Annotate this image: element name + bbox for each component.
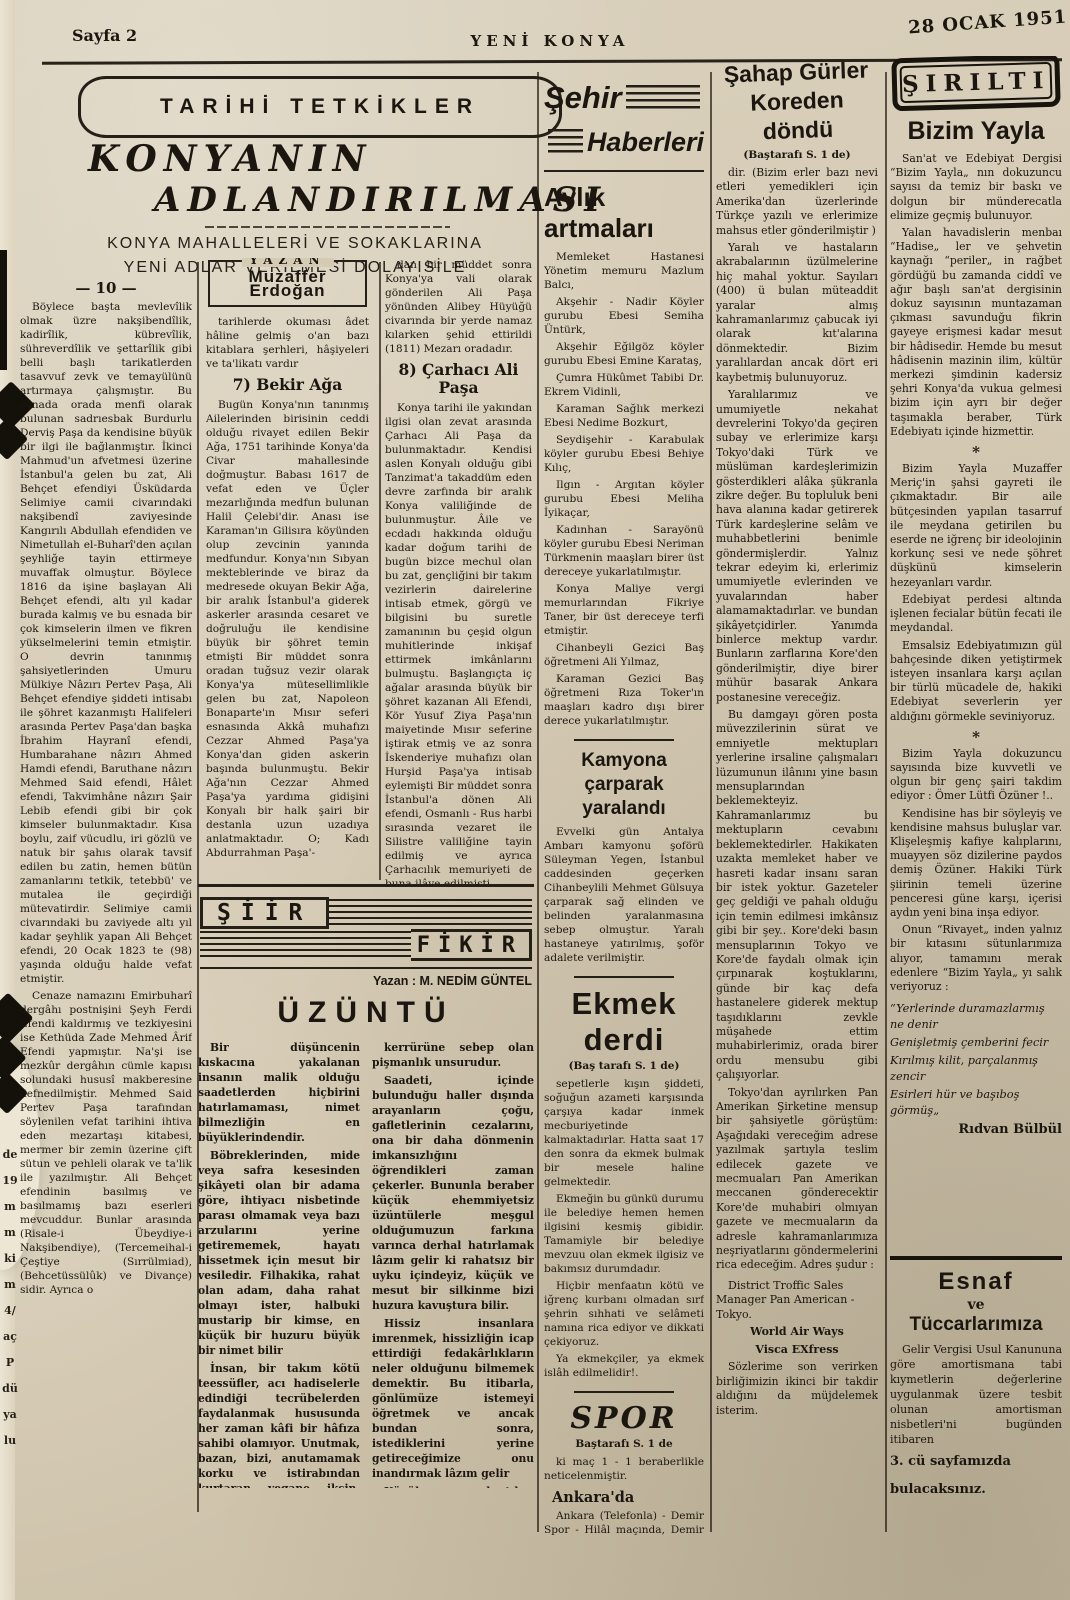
essay-columns: Bir düşüncenin kıskacına yakalanan insan… [198,1040,534,1488]
part-number: — 10 — [20,281,192,295]
paragraph: Akşehir - Nadir Köyler gurubu Ebesi Semi… [544,295,704,337]
logo-haberleri: Haberleri [587,127,704,158]
paragraph: Seydişehir - Karabulak köyler gurubu Ebe… [544,433,704,475]
banner-row-2: FİKİR [200,929,532,961]
paragraph: Konya Maliye vergi memurlarından Fikriye… [544,582,704,638]
essay-title: ÜZÜNTÜ [198,996,534,1030]
paragraph: Sözlerime son verirken birliğimizin ikin… [716,1360,878,1418]
logo-row-2: Haberleri [544,120,704,164]
star-separator: * [890,730,1062,744]
essay-column-1: Bir düşüncenin kıskacına yakalanan insan… [198,1040,360,1488]
notice-bold-line2: bulacaksınız. [890,1482,1062,1497]
issue-date: 28 OCAK 1951 [907,6,1067,38]
paragraph: Küçük sıkıntılar, hapsetmiye mecbur oldu… [372,1484,534,1488]
margin-fragment: de [2,1142,18,1168]
article-column-1-text: Böylece başta mevlevîlik olmak üzre nakş… [20,300,192,1297]
headline-spor: SPOR [544,1401,704,1436]
article-title-line2: ADLANDIRILMASI [154,180,607,220]
column-rule [537,72,539,1532]
byline-label: YAZAN [241,258,333,267]
paragraph: dan bir müddet sonra Konya'ya vali olara… [385,258,532,356]
sahap-closing: Sözlerime son verirken birliğimizin ikin… [716,1360,878,1421]
paragraph: ki maç 1 - 1 beraberlikle neticelenmişti… [544,1455,704,1483]
poem-line: Kırılmış kilit, parçalanmış zencir [890,1053,1062,1085]
paragraph: Evvelki gün Antalya Ambarı kamyonu şoför… [544,825,704,965]
notice-title-line2: ve [890,1297,1062,1313]
headline-aylik-artmalari: Aylık artmaları [544,182,704,244]
banner-stripes [200,931,411,959]
siir-fikir-banner: ŞİİR FİKİR [200,897,532,961]
newspaper-title: YENİ KONYA [440,32,660,50]
logo-row-1: Şehir [544,76,704,120]
paragraph: tarihlerde okuması âdet hâline gelmiş o'… [206,315,369,371]
paragraph: Cenaze namazını Emirbuharî dergâhı postn… [20,989,192,1297]
paragraph: İnsan, bir takım kötü teessüfler, acı ha… [198,1361,360,1488]
paragraph: Ilgın - Argıtan köyler gurubu Ebesi Meli… [544,478,704,520]
paragraph: Bizim Yayla Muzaffer Meriç'in şahsi gayr… [890,462,1062,590]
sirilti-logo-box: ŞIRILTI [891,56,1060,111]
paragraph: Bugün Konya'nın tanınmış Ailelerinden bi… [206,398,369,860]
paragraph: Onun “Rivayet„ inden yalnız bir kıtasını… [890,923,1062,994]
notice-text: Gelir Vergisi Usul Kanununa göre amortis… [890,1342,1062,1450]
headline-ekmek-derdi: Ekmek derdi [544,986,704,1058]
headline-bizim-yayla: Bizim Yayla [890,117,1062,146]
margin-fragment: dü [2,1376,18,1402]
paragraph: Böbreklerinden, mide veya safra kesesind… [198,1148,360,1358]
bizim-yayla-text-1: San'at ve Edebiyat Dergisi “Bizim Yayla„… [890,152,1062,442]
margin-fragment: ki [2,1246,18,1272]
spor-continuation-note: Baştarafı S. 1 de [544,1438,704,1450]
article-kicker: TARİHİ TETKİKLER [160,95,480,119]
siir-banner-word: ŞİİR [200,897,329,929]
paragraph: Hissiz insanlara imrenmek, hissizliğin i… [372,1316,534,1481]
spor-subhead-ankara: Ankara'da [544,1489,704,1506]
article-divider [574,1391,673,1393]
article-column-1: — 10 — Böylece başta mevlevîlik olmak üz… [20,266,192,1314]
margin-fragment: m [2,1194,18,1220]
article-column-3-text2: Konya tarihi ile yakından ilgisi olan ze… [385,401,532,885]
margin-fragment: 4/ [2,1298,18,1324]
essay-column-2: kerrürüne sebep olan pişmanlık unsurudur… [372,1040,534,1488]
article-column-3: dan bir müddet sonra Konya'ya vali olara… [385,258,532,885]
headline-sahap-gurler: Şahap Gürler Koreden döndü [716,58,878,148]
margin-fragment: lu [2,1428,18,1454]
column-rule [710,72,712,1532]
article-column-3-text: dan bir müddet sonra Konya'ya vali olara… [385,258,532,356]
bizim-yayla-text-2: Bizim Yayla Muzaffer Meriç'in şahsi gayr… [890,462,1062,727]
paragraph: Bizim Yayla dokuzuncu sayısında bize kuv… [890,747,1062,804]
article-column-2: YAZAN Muzaffer Erdoğan tarihlerde okumas… [206,258,369,885]
article-subtitle-line1: KONYA MAHALLELERİ VE SOKAKLARINA [55,232,535,256]
sirilti-logo-text: ŞIRILTI [902,67,1051,98]
ekmek-continuation-note: (Baş tarafı S. 1 de) [544,1060,704,1072]
paragraph: Ekmeğin bu günkü durumu ile belediye hem… [544,1192,704,1276]
margin-fragment: aç [2,1324,18,1350]
poem-line: Genişletmiş çemberini fecir [890,1035,1062,1051]
paragraph: Gelir Vergisi Usul Kanununa göre amortis… [890,1342,1062,1447]
paragraph: Memleket Hastanesi Yönetim memuru Mazlum… [544,250,704,292]
notice-title-line3: Tüccarlarımıza [890,1314,1062,1336]
article-divider [574,976,673,978]
paragraph: Yaralılarımız ve umumiyetle nekahat devr… [716,388,878,705]
article-title-line1: KONYANIN [88,138,373,180]
paragraph: Konya tarihi ile yakından ilgisi olan ze… [385,401,532,885]
address-line-3: Visca EXfress [716,1343,878,1358]
korea-report-column: Şahap Gürler Koreden döndü (Baştarafı S.… [716,58,878,1536]
paragraph: San'at ve Edebiyat Dergisi “Bizim Yayla„… [890,152,1062,223]
poem-line: “Yerlerinde duramazlarmış ne denir [890,1001,1062,1033]
paragraph: Böylece başta mevlevîlik olmak üzre nakş… [20,300,192,986]
article-column-2-text: Bugün Konya'nın tanınmış Ailelerinden bi… [206,398,369,860]
kamyon-article-text: Evvelki gün Antalya Ambarı kamyonu şoför… [544,825,704,968]
margin-fragment: P [2,1350,18,1376]
essay-byline: Yazan : M. NEDİM GÜNTEL [200,967,532,988]
bizim-yayla-text-3: Bizim Yayla dokuzuncu sayısında bize kuv… [890,747,1062,997]
paragraph: Edebiyat perdesi altında işlenen feciala… [890,593,1062,636]
reviewer-signature: Rıdvan Bülbül [890,1122,1062,1137]
headline-sahap-line2: Koreden döndü [716,84,878,148]
paragraph: Hiçbir menfaatın kötü ve iğrenç kurbanı … [544,1279,704,1349]
cutoff-margin-text: de19mmkim4/açPdüyalu [2,1142,18,1454]
section-head-carhaci-ali-pasa: 8) Çarhacı Ali Paşa [385,361,532,397]
newspaper-page: de19mmkim4/açPdüyalu Sayfa 2 YENİ KONYA … [0,0,1070,1600]
paragraph: kerrürüne sebep olan pişmanlık unsurudur… [372,1040,534,1070]
paragraph: Akşehir Eğilgöz köyler gurubu Ebesi Emin… [544,340,704,368]
poem-line: Esirleri hür ve başıboş görmüş„ [890,1087,1062,1119]
paragraph: Çumra Hükûmet Tabibi Dr. Ekrem Vidinli, [544,371,704,399]
literature-review-column: ŞIRILTI Bizim Yayla San'at ve Edebiyat D… [890,56,1062,1252]
city-news-column: Şehir Haberleri Aylık artmaları Memleket… [544,76,704,1536]
paragraph: Karaman Gezici Baş öğretmeni Rıza Toker'… [544,672,704,728]
poem-quote: “Yerlerinde duramazlarmış ne denirGenişl… [890,1001,1062,1119]
headline-kamyon-line1: Kamyona çarparak [544,749,704,797]
title-underline [205,226,450,228]
sirilti-logo-inner: ŞIRILTI [900,62,1053,103]
notice-bold-line1: 3. cü sayfamızda [890,1454,1062,1469]
paragraph: Saadeti, içinde bulunduğu haller dışında… [372,1073,534,1313]
margin-fragment: ya [2,1402,18,1428]
logo-stripes [626,85,700,111]
paragraph: Kendisine has bir söyleyiş ve kendisine … [890,807,1062,921]
paragraph: Cihanbeyli Gezici Baş öğretmeni Ali Yılm… [544,641,704,669]
column-rule [379,262,381,880]
margin-fragment: m [2,1220,18,1246]
logo-rule [544,170,704,172]
banner-row-1: ŞİİR [200,897,532,929]
paragraph: dir. (Bizim erler bazı nevi etleri yemed… [716,166,878,238]
page-number-label: Sayfa 2 [72,26,137,45]
paragraph: Bu damgayı gören posta müvezzilerinin sü… [716,708,878,1083]
merchants-notice: Esnaf ve Tüccarlarımıza Gelir Vergisi Us… [890,1256,1062,1554]
spor-article-text2: Ankara (Telefonla) - Demir Spor - Hilâl … [544,1509,704,1536]
byline-author: Muzaffer Erdoğan [214,270,361,298]
margin-fragment: 19 [2,1168,18,1194]
logo-sehir: Şehir [544,80,622,116]
spor-article-text: ki maç 1 - 1 beraberlikle neticelenmişti… [544,1455,704,1486]
poetry-essay-section: ŞİİR FİKİR Yazan : M. NEDİM GÜNTEL ÜZÜNT… [198,884,534,1519]
paragraph: Kadınhan - Sarayönü köyler gurubu Ebesi … [544,523,704,579]
address-line-1: District Troffic Sales Manager Pan Ameri… [716,1279,878,1323]
fikir-banner-word: FİKİR [411,929,532,961]
aylik-article-text: Memleket Hastanesi Yönetim memuru Mazlum… [544,250,704,731]
paragraph: Bir düşüncenin kıskacına yakalanan insan… [198,1040,360,1145]
scan-artifact [0,250,7,370]
star-separator: * [890,445,1062,459]
article-divider [574,739,673,741]
logo-stripes [548,129,583,155]
notice-title-line1: Esnaf [890,1268,1062,1296]
paragraph: Emsalsiz Edebiyatımızın gül bahçesinde d… [890,639,1062,724]
sahap-article-text: dir. (Bizim erler bazı nevi etleri yemed… [716,166,878,1276]
margin-fragment: m [2,1272,18,1298]
ekmek-article-text: sepetlerle kışın şiddeti, soğuğun azamet… [544,1077,704,1383]
sehir-haberleri-logo: Şehir Haberleri [544,76,704,172]
paragraph: Yaralı ve hastaların akrabalarının üzülm… [716,241,878,385]
paragraph: Tokyo'dan ayrılırken Pan Amerikan Şirket… [716,1086,878,1273]
article-kicker-box: TARİHİ TETKİKLER [78,76,562,138]
paragraph: Karaman Sağlık merkezi Ebesi Nedime Bozk… [544,402,704,430]
section-head-bekir-aga: 7) Bekir Ağa [206,376,369,394]
paragraph: Ankara (Telefonla) - Demir Spor - Hilâl … [544,1509,704,1536]
byline-box: YAZAN Muzaffer Erdoğan [208,260,367,307]
headline-kamyon: Kamyona çarparak yaralandı [544,749,704,821]
paragraph: sepetlerle kışın şiddeti, soğuğun azamet… [544,1077,704,1189]
paragraph: Yalan havadislerin menbaı “Hadise„ ler v… [890,226,1062,439]
article-column-2-intro: tarihlerde okuması âdet hâline gelmiş o'… [206,315,369,371]
column-rule [885,72,887,1532]
address-line-2: World Air Ways [716,1325,878,1340]
sahap-continuation-note: (Baştarafı S. 1 de) [716,149,878,161]
headline-kamyon-line2: yaralandı [544,797,704,821]
paragraph: Ya ekmekçiler, ya ekmek islâh edilmelidi… [544,1352,704,1380]
banner-stripes [329,899,532,927]
